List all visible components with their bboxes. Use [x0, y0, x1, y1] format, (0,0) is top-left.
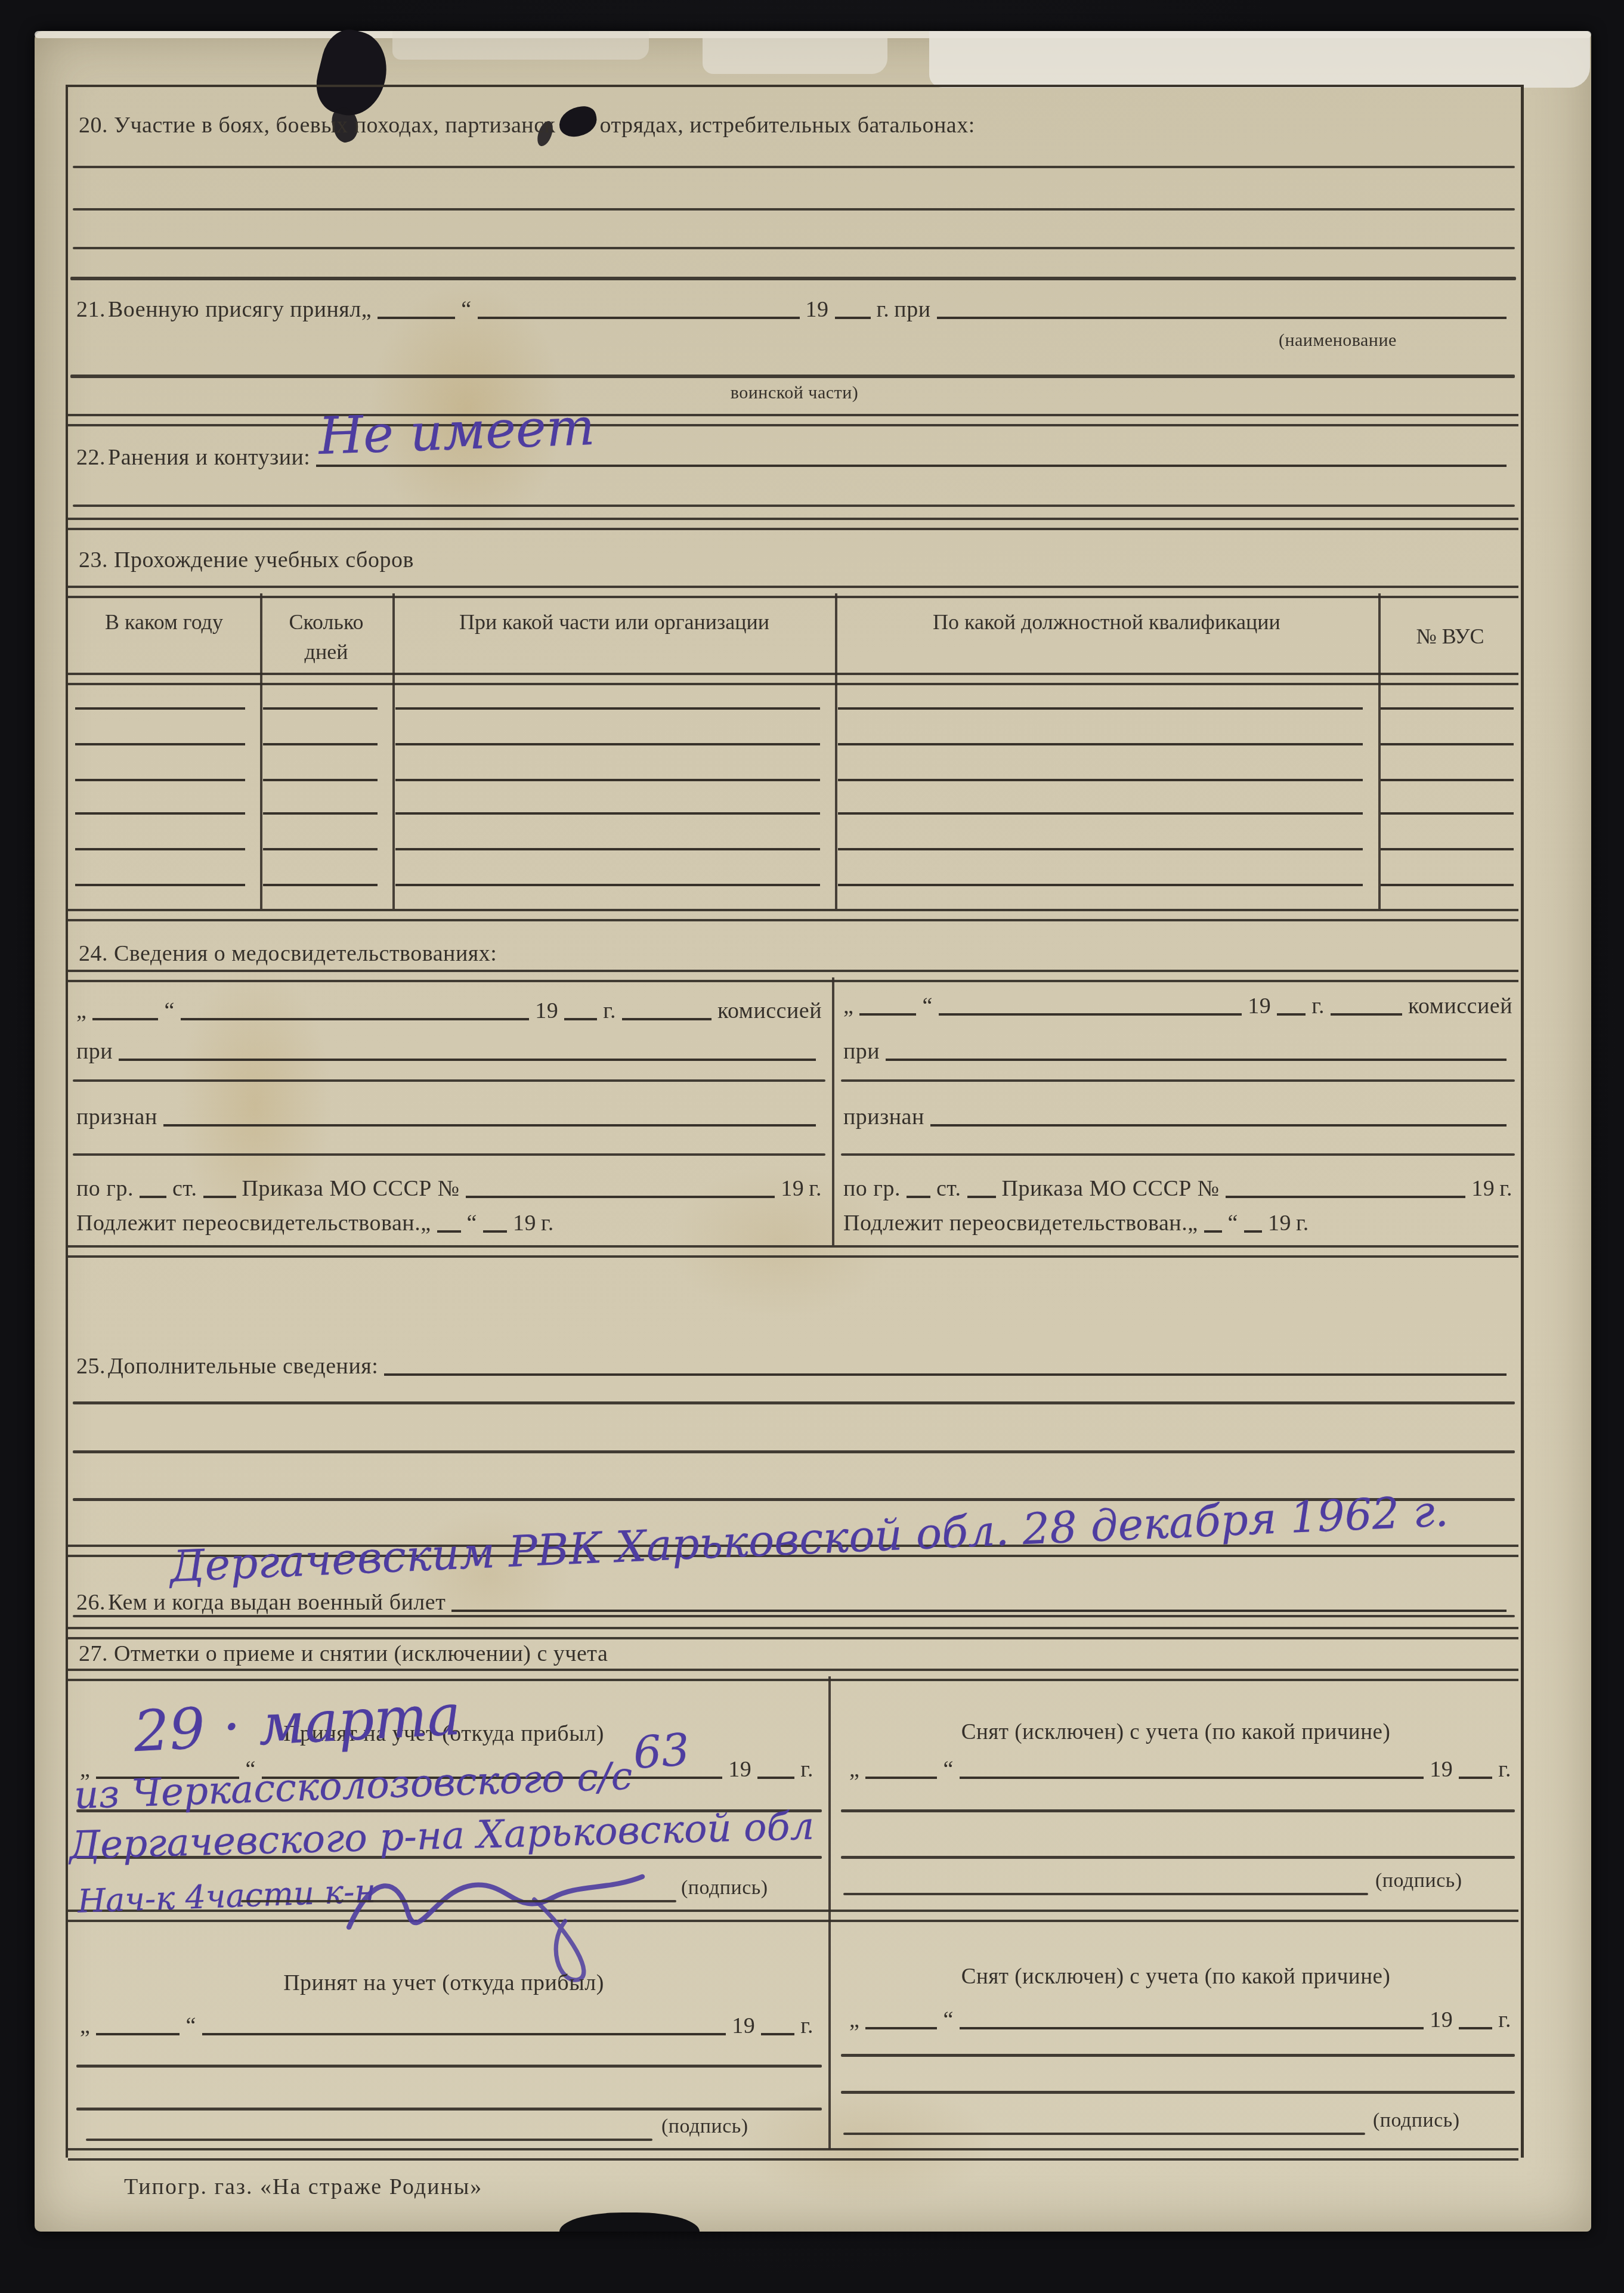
- photo-background: 20. Участие в боях, боевых походах, парт…: [0, 0, 1624, 2293]
- section-26-number: 26.: [76, 1590, 106, 1616]
- printer-imprint: Типогр. газ. «На страже Родины»: [124, 2174, 482, 2201]
- section-20-number: 20.: [79, 113, 108, 138]
- table-header-days: Сколько дней: [265, 607, 388, 667]
- quote-open: „: [361, 297, 372, 323]
- quote-open: „: [849, 1757, 859, 1783]
- commission-label: комиссией: [717, 998, 822, 1025]
- quote-close: “: [461, 297, 471, 323]
- ruled-line: [70, 277, 1516, 280]
- table-column-divider: [260, 593, 262, 909]
- section-27-label: 27. Отметки о приеме и снятии (исключени…: [79, 1641, 608, 1667]
- podlezhit-label: Подлежит переосвидетельствован.: [76, 1211, 420, 1237]
- section-21-label: Военную присягу принял: [108, 297, 361, 323]
- year-prefix: 19: [1430, 1757, 1453, 1783]
- double-rule: [68, 518, 1518, 530]
- ruled-line: [73, 247, 1515, 249]
- year-prefix: 19: [781, 1176, 804, 1202]
- blank-line: [757, 1777, 794, 1779]
- section-24-title: Сведения о медосвидетельствованиях:: [114, 941, 497, 966]
- table-cell-line: [1381, 848, 1514, 850]
- year-prefix: 19: [1430, 2007, 1453, 2034]
- section-21-note-2: воинской части): [68, 383, 1521, 404]
- signature-caption: (подпись): [661, 2115, 748, 2138]
- blank-line: [181, 1018, 529, 1020]
- double-rule: [68, 1669, 1518, 1681]
- ruled-line: [86, 2139, 652, 2141]
- quote-open: „: [1187, 1211, 1198, 1237]
- double-rule: [68, 2148, 1518, 2161]
- blank-line: [1204, 1230, 1222, 1233]
- blank-line: [483, 1230, 507, 1233]
- signature-scribble: [330, 1846, 676, 1983]
- pri-label: при: [843, 1039, 880, 1065]
- signature-caption: (подпись): [681, 1876, 768, 1899]
- table-cell-line: [263, 743, 378, 745]
- table-row: [75, 812, 1514, 815]
- table-row: [75, 884, 1514, 886]
- ruled-line: [841, 1153, 1515, 1156]
- blank-line: [451, 1610, 1507, 1612]
- blank-line: [761, 2033, 794, 2035]
- year-suffix: г.: [603, 998, 616, 1025]
- med-row-pri: при: [843, 1039, 1512, 1065]
- ruled-line: [73, 208, 1515, 211]
- ruled-line: [73, 1153, 825, 1156]
- table-cell-line: [75, 884, 245, 886]
- blank-line: [960, 2027, 1424, 2029]
- ruled-line: [841, 1079, 1515, 1082]
- quote-close: “: [922, 994, 932, 1020]
- year-suffix: г.: [809, 1176, 822, 1202]
- signature-caption: (подпись): [1373, 2109, 1460, 2132]
- ruled-line: [73, 1401, 1515, 1404]
- quote-close: “: [1228, 1211, 1238, 1237]
- section-22-number: 22.: [76, 445, 106, 471]
- section-21-pri: при: [894, 297, 930, 323]
- year-prefix: 19: [535, 998, 558, 1025]
- handwriting-issued-by: Дергачевским РВК Харьковской обл. 28 дек…: [169, 1486, 1449, 1591]
- table-cell-line: [263, 812, 378, 815]
- ruled-line: [76, 2108, 822, 2111]
- table-row: [75, 743, 1514, 745]
- priznan-label: признан: [843, 1104, 924, 1131]
- blank-line: [930, 1124, 1507, 1127]
- year-prefix: 19: [513, 1211, 536, 1237]
- table-cell-line: [75, 707, 245, 710]
- blank-line: [967, 1196, 996, 1198]
- med-row-reexam: Подлежит переосвидетельствован. „ “ 19 г…: [843, 1211, 1512, 1237]
- section-25-number: 25.: [76, 1354, 106, 1380]
- blank-line: [1277, 1013, 1306, 1016]
- remove-date-row: „ “ 19 г.: [849, 2007, 1511, 2034]
- table-cell-line: [75, 779, 245, 781]
- section-21-number: 21.: [76, 297, 106, 323]
- blank-line: [1226, 1196, 1466, 1198]
- section-24-divider: [832, 977, 834, 1245]
- table-cell-line: [395, 743, 820, 745]
- ruled-line: [76, 2065, 822, 2068]
- po-gr-label: по гр.: [843, 1176, 901, 1202]
- table-cell-line: [75, 812, 245, 815]
- table-cell-line: [1381, 707, 1514, 710]
- med-row-priznan: признан: [76, 1104, 822, 1131]
- quote-close: “: [943, 1757, 953, 1783]
- section-24-label: 24. Сведения о медосвидетельствованиях:: [79, 941, 497, 967]
- table-header-unit: При какой части или организации: [402, 607, 827, 637]
- handwriting-accept-date: 29 · марта: [132, 1683, 463, 1765]
- double-rule: [68, 414, 1518, 426]
- section-27-number: 27.: [79, 1641, 108, 1666]
- pri-label: при: [76, 1039, 113, 1065]
- double-rule: [68, 1627, 1518, 1639]
- table-column-divider: [1378, 593, 1381, 909]
- ruled-line: [241, 1900, 676, 1902]
- table-cell-line: [838, 779, 1363, 781]
- blank-line: [622, 1018, 712, 1020]
- remove-header: Снят (исключен) с учета (по какой причин…: [834, 1964, 1517, 1990]
- quote-open: „: [849, 2007, 859, 2034]
- double-rule: [68, 970, 1518, 982]
- table-cell-line: [75, 848, 245, 850]
- tape-patch: [392, 31, 649, 60]
- quote-open: „: [420, 1211, 431, 1237]
- handwriting-accept-year: 63: [632, 1724, 691, 1779]
- year-suffix: г.: [1296, 1211, 1309, 1237]
- blank-line: [202, 2033, 726, 2035]
- quote-open: „: [80, 2013, 90, 2040]
- card-frame: 20. Участие в боях, боевых походах, парт…: [66, 85, 1524, 2158]
- table-cell-line: [395, 779, 820, 781]
- blank-line: [865, 1777, 937, 1779]
- blank-line: [378, 317, 455, 319]
- blank-line: [1459, 1777, 1492, 1779]
- blank-line: [865, 2027, 937, 2029]
- section-26-row: 26. Кем и когда выдан военный билет: [76, 1590, 1512, 1616]
- blank-line: [960, 1777, 1424, 1779]
- table-cell-line: [838, 707, 1363, 710]
- ruled-line: [73, 1615, 1515, 1617]
- blank-line: [92, 1018, 158, 1020]
- year-prefix: 19: [1268, 1211, 1291, 1237]
- year-suffix: г.: [1311, 994, 1325, 1020]
- table-cell-line: [838, 743, 1363, 745]
- quote-open: „: [76, 998, 86, 1025]
- year-prefix: 19: [728, 1757, 751, 1783]
- ruled-line: [73, 1079, 825, 1082]
- blank-line: [1244, 1230, 1262, 1233]
- table-cell-line: [75, 743, 245, 745]
- med-row-pri: при: [76, 1039, 822, 1065]
- bottom-tear-notch: [559, 2212, 700, 2232]
- blank-line: [140, 1196, 166, 1198]
- ruled-line: [73, 166, 1515, 168]
- tape-patch: [703, 31, 887, 74]
- blank-line: [907, 1196, 930, 1198]
- ruled-line: [841, 1809, 1515, 1812]
- med-row-date: „ “ 19 г. комиссией: [843, 994, 1512, 1020]
- blank-line: [203, 1196, 236, 1198]
- accept-date-row: „ “ 19 г.: [80, 2013, 813, 2040]
- prikaz-label: Приказа МО СССР №: [242, 1176, 460, 1202]
- double-rule: [68, 1245, 1518, 1258]
- table-cell-line: [1381, 743, 1514, 745]
- document-page: 20. Участие в боях, боевых походах, парт…: [35, 31, 1591, 2232]
- table-cell-line: [395, 884, 820, 886]
- blank-line: [466, 1196, 775, 1198]
- section-23-label: 23. Прохождение учебных сборов: [79, 547, 414, 574]
- blank-line: [886, 1059, 1507, 1061]
- section-20-label: 20. Участие в боях, боевых походах, парт…: [79, 104, 975, 139]
- section-20-text-2: отрядах, истребительных батальонах:: [599, 113, 975, 138]
- med-row-order: по гр. ст. Приказа МО СССР № 19 г.: [843, 1176, 1512, 1202]
- blank-line: [564, 1018, 597, 1020]
- ink-blot: [556, 104, 600, 140]
- year-prefix: 19: [1248, 994, 1271, 1020]
- year-suffix: г.: [1499, 1176, 1512, 1202]
- table-column-divider: [392, 593, 395, 909]
- table-header-vus: № ВУС: [1383, 621, 1517, 651]
- section-25-row: 25. Дополнительные сведения:: [76, 1354, 1512, 1380]
- priznan-label: признан: [76, 1104, 157, 1131]
- med-row-reexam: Подлежит переосвидетельствован. „ “ 19 г…: [76, 1211, 822, 1237]
- blank-line: [835, 317, 871, 319]
- section-22-label: Ранения и контузии:: [108, 445, 310, 471]
- table-header-year: В каком году: [72, 607, 256, 637]
- table-cell-line: [1381, 884, 1514, 886]
- st-label: ст.: [936, 1176, 961, 1202]
- table-row: [75, 707, 1514, 710]
- remove-date-row: „ “ 19 г.: [849, 1757, 1511, 1783]
- section-20-text-1: Участие в боях, боевых походах, партизан…: [114, 113, 555, 138]
- handwriting-no-wounds: Не имеет: [317, 397, 595, 466]
- year-prefix: 19: [806, 297, 829, 323]
- med-row-order: по гр. ст. Приказа МО СССР № 19 г.: [76, 1176, 822, 1202]
- year-suffix: г.: [541, 1211, 554, 1237]
- st-label: ст.: [172, 1176, 197, 1202]
- ruled-line: [843, 2133, 1365, 2135]
- section-21-row: 21. Военную присягу принял „ “ 19 г. при: [76, 297, 1512, 323]
- ruled-line: [70, 375, 1515, 378]
- accept-header: Принят на учет (откуда прибыл): [68, 1970, 819, 1997]
- table-cell-line: [838, 884, 1363, 886]
- section-21-note-1: (наименование: [1279, 330, 1397, 351]
- quote-close: “: [943, 2007, 953, 2034]
- year-suffix: г.: [877, 297, 890, 323]
- quote-close: “: [164, 998, 174, 1025]
- year-suffix: г.: [800, 2013, 813, 2040]
- blank-line: [119, 1059, 816, 1061]
- table-cell-line: [1381, 779, 1514, 781]
- tape-patch: [929, 31, 1590, 88]
- table-cell-line: [263, 884, 378, 886]
- blank-line: [437, 1230, 461, 1233]
- section-22-row: 22. Ранения и контузии:: [76, 445, 1512, 471]
- remove-header: Снят (исключен) с учета (по какой причин…: [834, 1720, 1517, 1746]
- section-26-label: Кем и когда выдан военный билет: [108, 1590, 446, 1616]
- ruled-line: [841, 2054, 1515, 2057]
- table-cell-line: [263, 779, 378, 781]
- table-cell-line: [395, 812, 820, 815]
- table-header-bottom-border: [68, 673, 1518, 685]
- table-row: [75, 779, 1514, 781]
- prikaz-label: Приказа МО СССР №: [1002, 1176, 1220, 1202]
- blank-line: [163, 1124, 816, 1127]
- ruled-line: [73, 1450, 1515, 1453]
- quote-close: “: [185, 2013, 196, 2040]
- table-cell-line: [395, 848, 820, 850]
- section-25-label: Дополнительные сведения:: [108, 1354, 378, 1380]
- year-suffix: г.: [1498, 1757, 1511, 1783]
- table-top-border: [68, 586, 1518, 598]
- podlezhit-label: Подлежит переосвидетельствован.: [843, 1211, 1187, 1237]
- blank-line: [316, 465, 1507, 467]
- quote-open: „: [843, 994, 853, 1020]
- section-24-number: 24.: [79, 941, 108, 966]
- table-cell-line: [263, 848, 378, 850]
- year-suffix: г.: [800, 1757, 813, 1783]
- section-23-number: 23.: [79, 547, 108, 573]
- ruled-line: [841, 1856, 1515, 1859]
- section-27-title: Отметки о приеме и снятии (исключении) с…: [114, 1641, 608, 1666]
- med-row-date: „ “ 19 г. комиссией: [76, 998, 822, 1025]
- table-cell-line: [1381, 812, 1514, 815]
- table-column-divider: [835, 593, 837, 909]
- blank-line: [937, 317, 1507, 319]
- year-prefix: 19: [1471, 1176, 1495, 1202]
- table-cell-line: [395, 707, 820, 710]
- commission-label: комиссией: [1408, 994, 1512, 1020]
- section-23-title: Прохождение учебных сборов: [114, 547, 414, 573]
- ruled-line: [843, 1893, 1368, 1895]
- ruled-line: [73, 505, 1515, 507]
- table-cell-line: [263, 707, 378, 710]
- blank-line: [384, 1373, 1507, 1376]
- blank-line: [939, 1013, 1242, 1016]
- blank-line: [1459, 2027, 1492, 2029]
- blank-line: [859, 1013, 916, 1016]
- ruled-line: [841, 2091, 1515, 2094]
- signature-caption: (подпись): [1375, 1869, 1462, 1892]
- year-suffix: г.: [1498, 2007, 1511, 2034]
- blank-line: [1331, 1013, 1402, 1016]
- table-cell-line: [838, 848, 1363, 850]
- year-prefix: 19: [732, 2013, 755, 2040]
- po-gr-label: по гр.: [76, 1176, 134, 1202]
- table-bottom-border: [68, 909, 1518, 921]
- quote-close: “: [467, 1211, 477, 1237]
- med-row-priznan: признан: [843, 1104, 1512, 1131]
- blank-line: [96, 2033, 180, 2035]
- blank-line: [478, 317, 800, 319]
- table-cell-line: [838, 812, 1363, 815]
- table-header-qualification: По какой должностной квалификации: [843, 607, 1370, 637]
- table-row: [75, 848, 1514, 850]
